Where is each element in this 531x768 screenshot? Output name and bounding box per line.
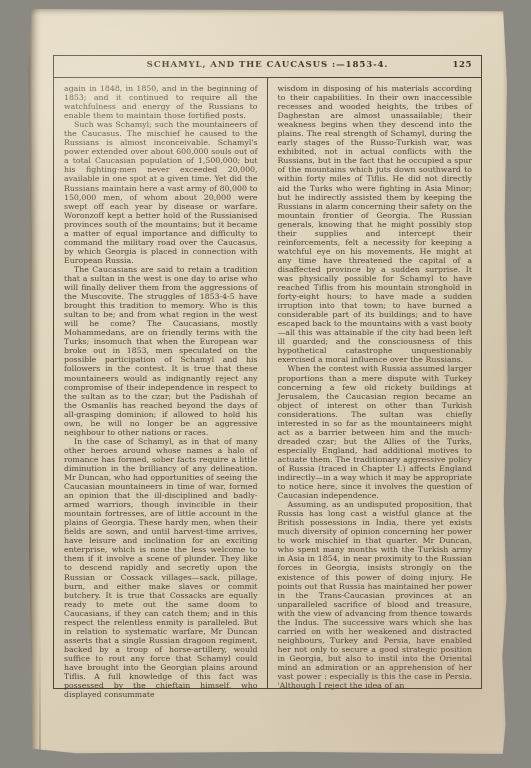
- paragraph: In the case of Schamyl, as in that of ma…: [64, 437, 258, 699]
- paragraph: Assuming, as an undisputed proposition, …: [278, 500, 473, 690]
- page-header: SCHAMYL, AND THE CAUCASUS :—1853-4. 125: [54, 56, 481, 78]
- right-column: wisdom in disposing of his materials acc…: [268, 78, 482, 689]
- page-crease: [39, 634, 41, 754]
- page-gutter-shadow: [28, 9, 41, 754]
- page-number: 125: [453, 60, 472, 70]
- book-page-scan: SCHAMYL, AND THE CAUCASUS :—1853-4. 125 …: [28, 9, 508, 754]
- paragraph: The Caucasians are said to retain a trad…: [64, 265, 258, 437]
- paragraph: again in 1848, in 1850, and in the begin…: [64, 84, 258, 120]
- text-frame: SCHAMYL, AND THE CAUCASUS :—1853-4. 125 …: [53, 55, 482, 689]
- paragraph: wisdom in disposing of his materials acc…: [278, 84, 473, 364]
- paragraph: Such was Schamyl; such the mountaineers …: [64, 120, 258, 265]
- running-head-title: SCHAMYL, AND THE CAUCASUS :—1853-4.: [54, 60, 481, 70]
- left-column: again in 1848, in 1850, and in the begin…: [54, 78, 268, 689]
- paragraph: When the contest with Russia assumed lar…: [278, 364, 473, 500]
- two-column-text-block: again in 1848, in 1850, and in the begin…: [54, 78, 481, 689]
